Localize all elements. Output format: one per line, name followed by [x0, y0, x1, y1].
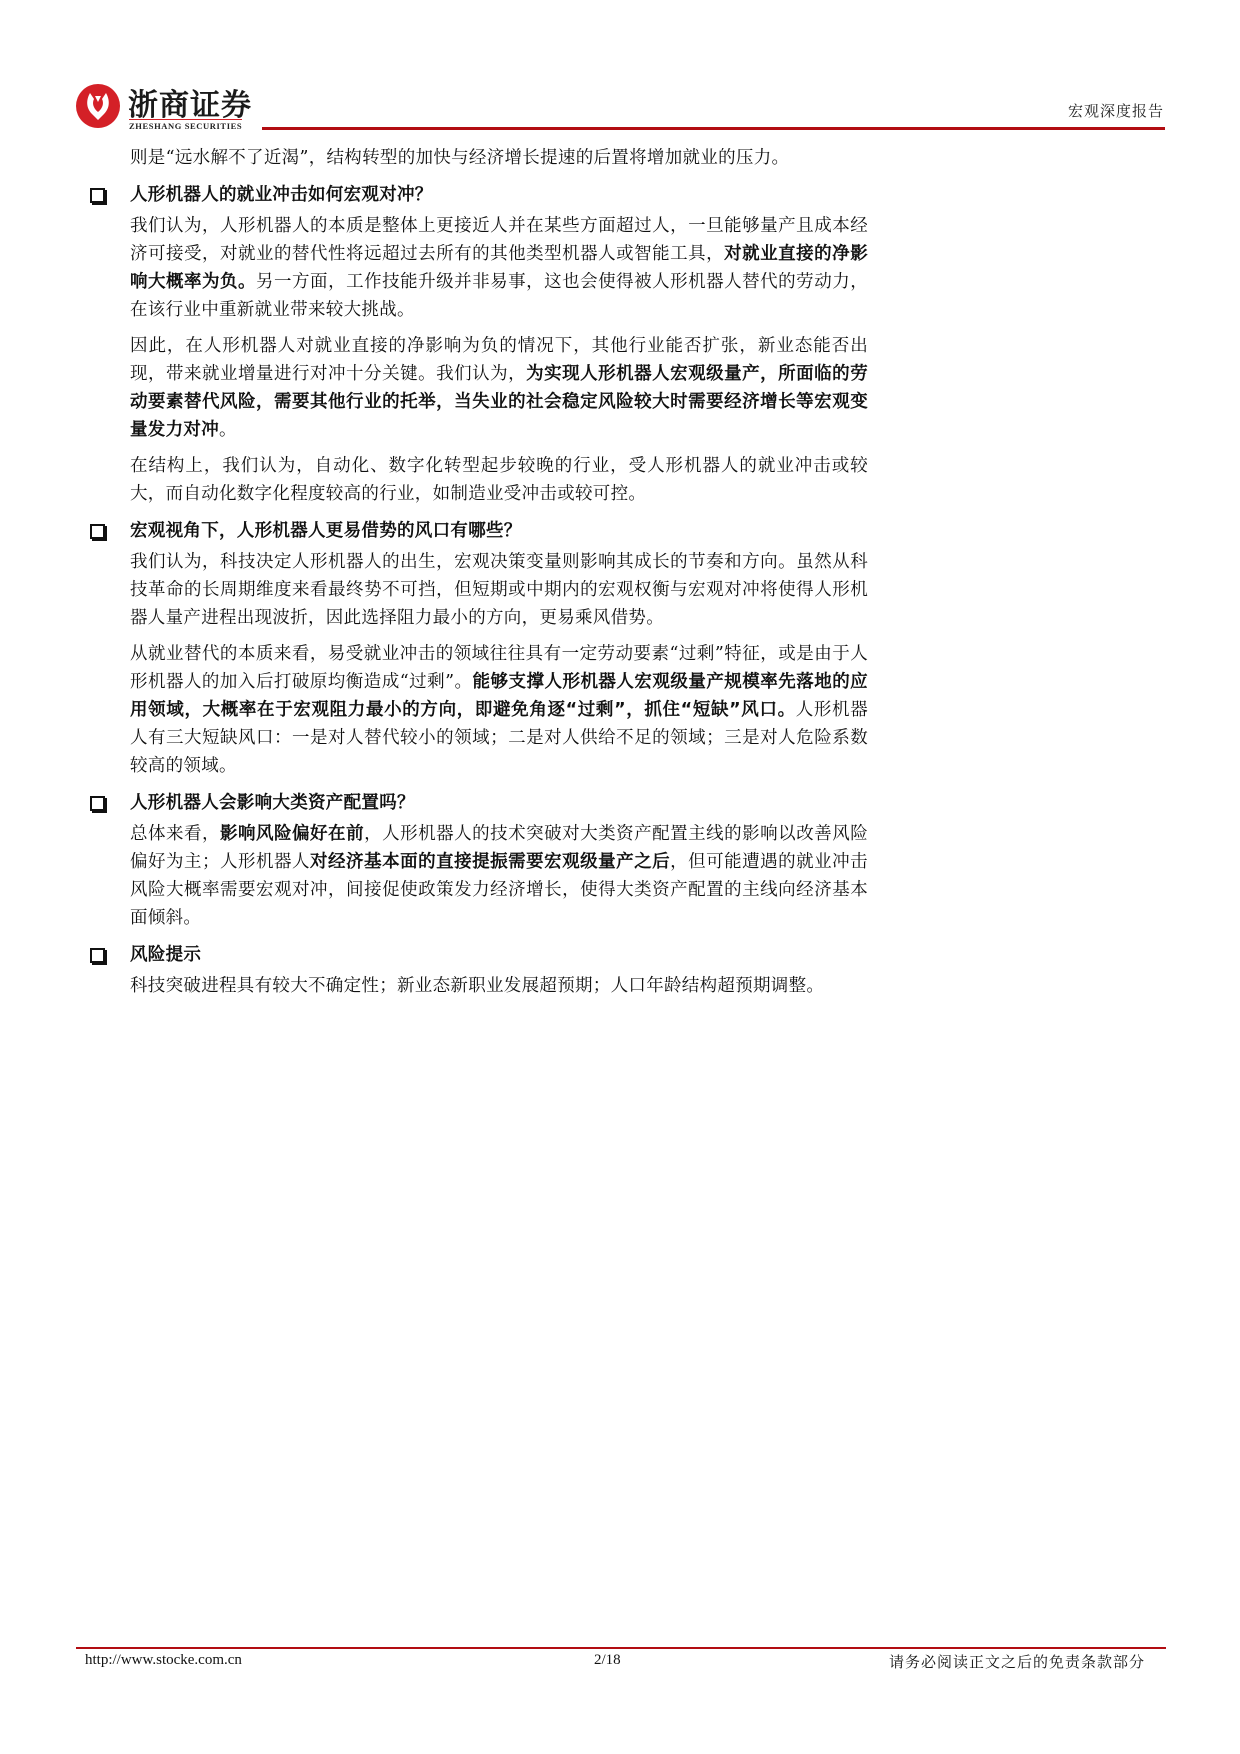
header-divider: [262, 127, 1165, 130]
body-paragraph: 从就业替代的本质来看，易受就业冲击的领域往往具有一定劳动要素“过剩”特征，或是由…: [130, 640, 868, 780]
body-paragraph: 总体来看，影响风险偏好在前，人形机器人的技术突破对大类资产配置主线的影响以改善风…: [130, 820, 868, 932]
page-header: 浙商证券 ZHESHANG SECURITIES 宏观深度报告: [0, 0, 1240, 140]
checkbox-bullet-icon: [90, 188, 105, 203]
checkbox-bullet-icon: [90, 524, 105, 539]
section-title: 人形机器人的就业冲击如何宏观对冲？: [130, 180, 433, 210]
logo-english-name: ZHESHANG SECURITIES: [129, 119, 242, 131]
section-heading: 宏观视角下，人形机器人更易借势的风口有哪些？: [88, 516, 868, 546]
company-logo: 浙商证券 ZHESHANG SECURITIES: [76, 82, 256, 130]
footer-divider: [76, 1647, 1166, 1649]
checkbox-bullet-icon: [90, 796, 105, 811]
body-paragraph: 在结构上，我们认为，自动化、数字化转型起步较晚的行业，受人形机器人的就业冲击或较…: [130, 452, 868, 508]
section-title: 人形机器人会影响大类资产配置吗？: [130, 788, 415, 818]
logo-chinese-name: 浙商证券: [128, 80, 252, 124]
logo-emblem-icon: [76, 84, 120, 128]
section-heading: 人形机器人会影响大类资产配置吗？: [88, 788, 868, 818]
section-title: 风险提示: [130, 940, 201, 970]
page-number: 2/18: [594, 1652, 621, 1669]
checkbox-bullet-icon: [90, 948, 105, 963]
body-paragraph: 我们认为，人形机器人的本质是整体上更接近人并在某些方面超过人，一旦能够量产且成本…: [130, 212, 868, 324]
report-type-label: 宏观深度报告: [1068, 100, 1164, 121]
body-paragraph: 因此，在人形机器人对就业直接的净影响为负的情况下，其他行业能否扩张，新业态能否出…: [130, 332, 868, 444]
report-body: 则是“远水解不了近渴”，结构转型的加快与经济增长提速的后置将增加就业的压力。 人…: [88, 144, 868, 1008]
section-heading: 风险提示: [88, 940, 868, 970]
footer-disclaimer: 请务必阅读正文之后的免责条款部分: [889, 1651, 1145, 1672]
section-title: 宏观视角下，人形机器人更易借势的风口有哪些？: [130, 516, 522, 546]
body-paragraph: 科技突破进程具有较大不确定性；新业态新职业发展超预期；人口年龄结构超预期调整。: [130, 972, 868, 1000]
body-paragraph: 我们认为，科技决定人形机器人的出生，宏观决策变量则影响其成长的节奏和方向。虽然从…: [130, 548, 868, 632]
section-heading: 人形机器人的就业冲击如何宏观对冲？: [88, 180, 868, 210]
intro-continuation: 则是“远水解不了近渴”，结构转型的加快与经济增长提速的后置将增加就业的压力。: [130, 144, 868, 172]
footer-website-link[interactable]: http://www.stocke.com.cn: [85, 1652, 242, 1669]
